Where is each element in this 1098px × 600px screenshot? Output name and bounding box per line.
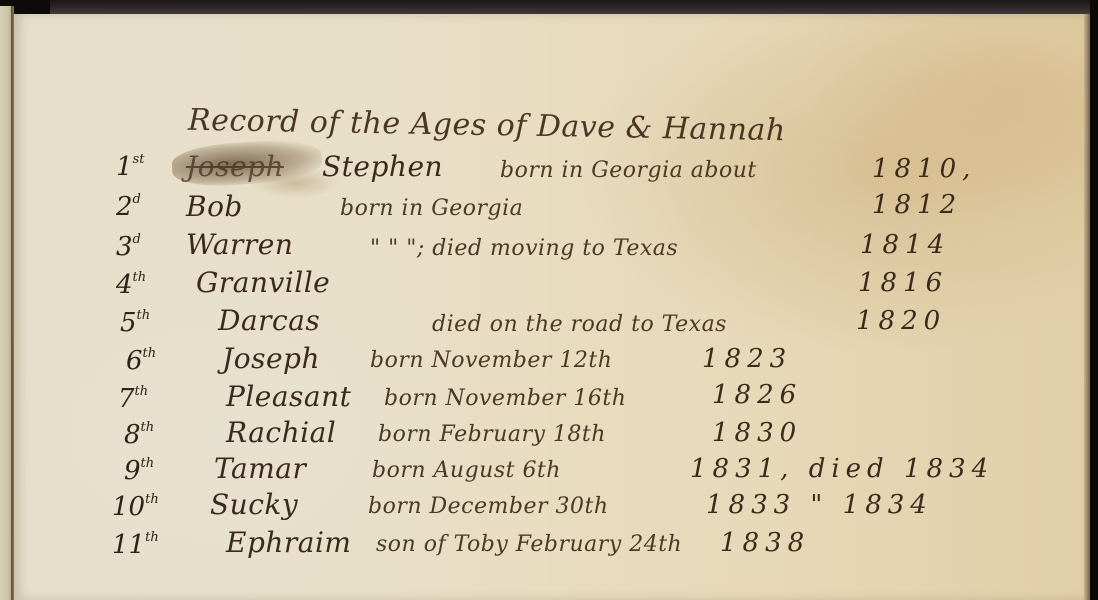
entry-name: Ephraim: [226, 526, 351, 559]
entry-year: 1826: [712, 380, 802, 410]
entry-name: Joseph: [222, 342, 320, 375]
ordinal-5: 5th: [120, 308, 150, 338]
ordinal-9: 9th: [124, 456, 154, 486]
entry-detail: born in Georgia about: [500, 158, 757, 183]
entry-year: 1830: [712, 418, 802, 448]
entry-name: Bob: [186, 190, 243, 223]
entry-detail: born February 18th: [378, 422, 606, 447]
entry-detail: born November 12th: [370, 348, 612, 373]
entry-detail: born in Georgia: [340, 196, 523, 221]
ordinal-4: 4th: [116, 270, 146, 300]
entry-detail: died on the road to Texas: [432, 312, 727, 337]
struck-name: Joseph: [186, 150, 284, 183]
entry-year: 1810,: [872, 154, 976, 184]
ordinal-11: 11th: [112, 530, 159, 560]
ordinal-6: 6th: [126, 346, 156, 376]
ordinal-10: 10th: [112, 492, 159, 522]
scanned-ledger-page: Record of the Ages of Dave & Hannah 1st …: [0, 0, 1098, 600]
ordinal-2: 2d: [116, 192, 141, 222]
entry-year: 1831, died 1834: [690, 454, 994, 484]
scan-border: [1090, 0, 1098, 600]
entry-detail: " " "; died moving to Texas: [370, 236, 678, 261]
entry-detail: son of Toby February 24th: [376, 532, 682, 557]
entry-name: Darcas: [218, 304, 320, 337]
entry-year: 1833 " 1834: [706, 490, 933, 520]
entry-name: Tamar: [214, 452, 306, 485]
entry-name: Pleasant: [226, 380, 351, 413]
ordinal-7: 7th: [118, 384, 148, 414]
entry-year: 1823: [702, 344, 792, 374]
entry-name: Granville: [196, 266, 330, 299]
ordinal-8: 8th: [124, 420, 154, 450]
entry-year: 1816: [858, 268, 948, 298]
entry-name: Stephen: [322, 150, 443, 183]
entry-detail: born August 6th: [372, 458, 561, 483]
entry-year: 1838: [720, 528, 810, 558]
entry-name: Rachial: [226, 416, 336, 449]
entry-detail: born November 16th: [384, 386, 626, 411]
entry-year: 1812: [872, 190, 962, 220]
entry-name: Warren: [186, 228, 293, 261]
entry-name: Sucky: [210, 488, 298, 521]
entry-year: 1820: [856, 306, 946, 336]
entry-year: 1814: [860, 230, 950, 260]
ordinal-3: 3d: [116, 232, 141, 262]
ordinal-1: 1st: [116, 152, 144, 182]
entry-detail: born December 30th: [368, 494, 608, 519]
